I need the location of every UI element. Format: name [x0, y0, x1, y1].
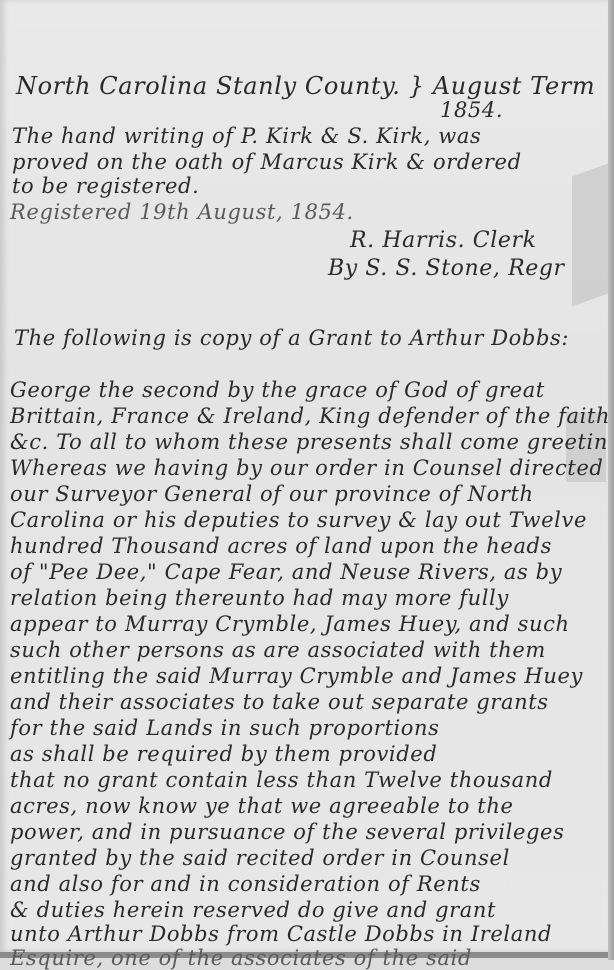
- grant-line: Brittain, France & Ireland, King defende…: [10, 404, 610, 428]
- clerk-signature: R. Harris. Clerk: [350, 228, 537, 253]
- header-year: 1854.: [440, 98, 503, 122]
- page-edge: [608, 0, 614, 960]
- grant-intro: The following is copy of a Grant to Arth…: [14, 326, 569, 350]
- certificate-line: to be registered.: [12, 174, 199, 198]
- grant-line: appear to Murray Crymble, James Huey, an…: [10, 612, 570, 636]
- certificate-line: The hand writing of P. Kirk & S. Kirk, w…: [12, 124, 481, 148]
- document-page: North Carolina Stanly County. } August T…: [0, 0, 611, 958]
- grant-line: for the said Lands in such proportions: [10, 716, 440, 740]
- header-line: North Carolina Stanly County. } August T…: [16, 72, 595, 100]
- grant-line: Carolina or his deputies to survey & lay…: [10, 508, 587, 532]
- grant-line: power, and in pursuance of the several p…: [10, 820, 564, 844]
- grant-line: acres, now know ye that we agreeable to …: [10, 794, 513, 818]
- grant-line: relation being thereunto had may more fu…: [10, 586, 509, 610]
- grant-line: of "Pee Dee," Cape Fear, and Neuse River…: [10, 560, 562, 584]
- grant-line: entitling the said Murray Crymble and Ja…: [10, 664, 583, 688]
- grant-line: George the second by the grace of God of…: [10, 378, 545, 402]
- grant-line: as shall be required by them provided: [10, 742, 437, 766]
- grant-line: and also for and in consideration of Ren…: [10, 872, 481, 896]
- grant-line: & duties herein reserved do give and gra…: [10, 898, 496, 922]
- tape-mark: [572, 163, 608, 306]
- grant-line: our Surveyor General of our province of …: [10, 482, 534, 506]
- grant-line: Whereas we having by our order in Counse…: [10, 456, 603, 480]
- grant-line: unto Arthur Dobbs from Castle Dobbs in I…: [10, 922, 552, 946]
- grant-line: and their associates to take out separat…: [10, 690, 549, 714]
- grant-line: granted by the said recited order in Cou…: [10, 846, 510, 870]
- certificate-line: proved on the oath of Marcus Kirk & orde…: [12, 150, 522, 174]
- grant-line: that no grant contain less than Twelve t…: [10, 768, 553, 792]
- register-signature: By S. S. Stone, Regr: [328, 256, 565, 281]
- grant-line: such other persons as are associated wit…: [10, 638, 546, 662]
- registered-line: Registered 19th August, 1854.: [10, 200, 354, 224]
- grant-line: &c. To all to whom these presents shall …: [10, 430, 614, 454]
- grant-line: Esquire, one of the associates of the sa…: [10, 946, 472, 960]
- grant-line: hundred Thousand acres of land upon the …: [10, 534, 552, 558]
